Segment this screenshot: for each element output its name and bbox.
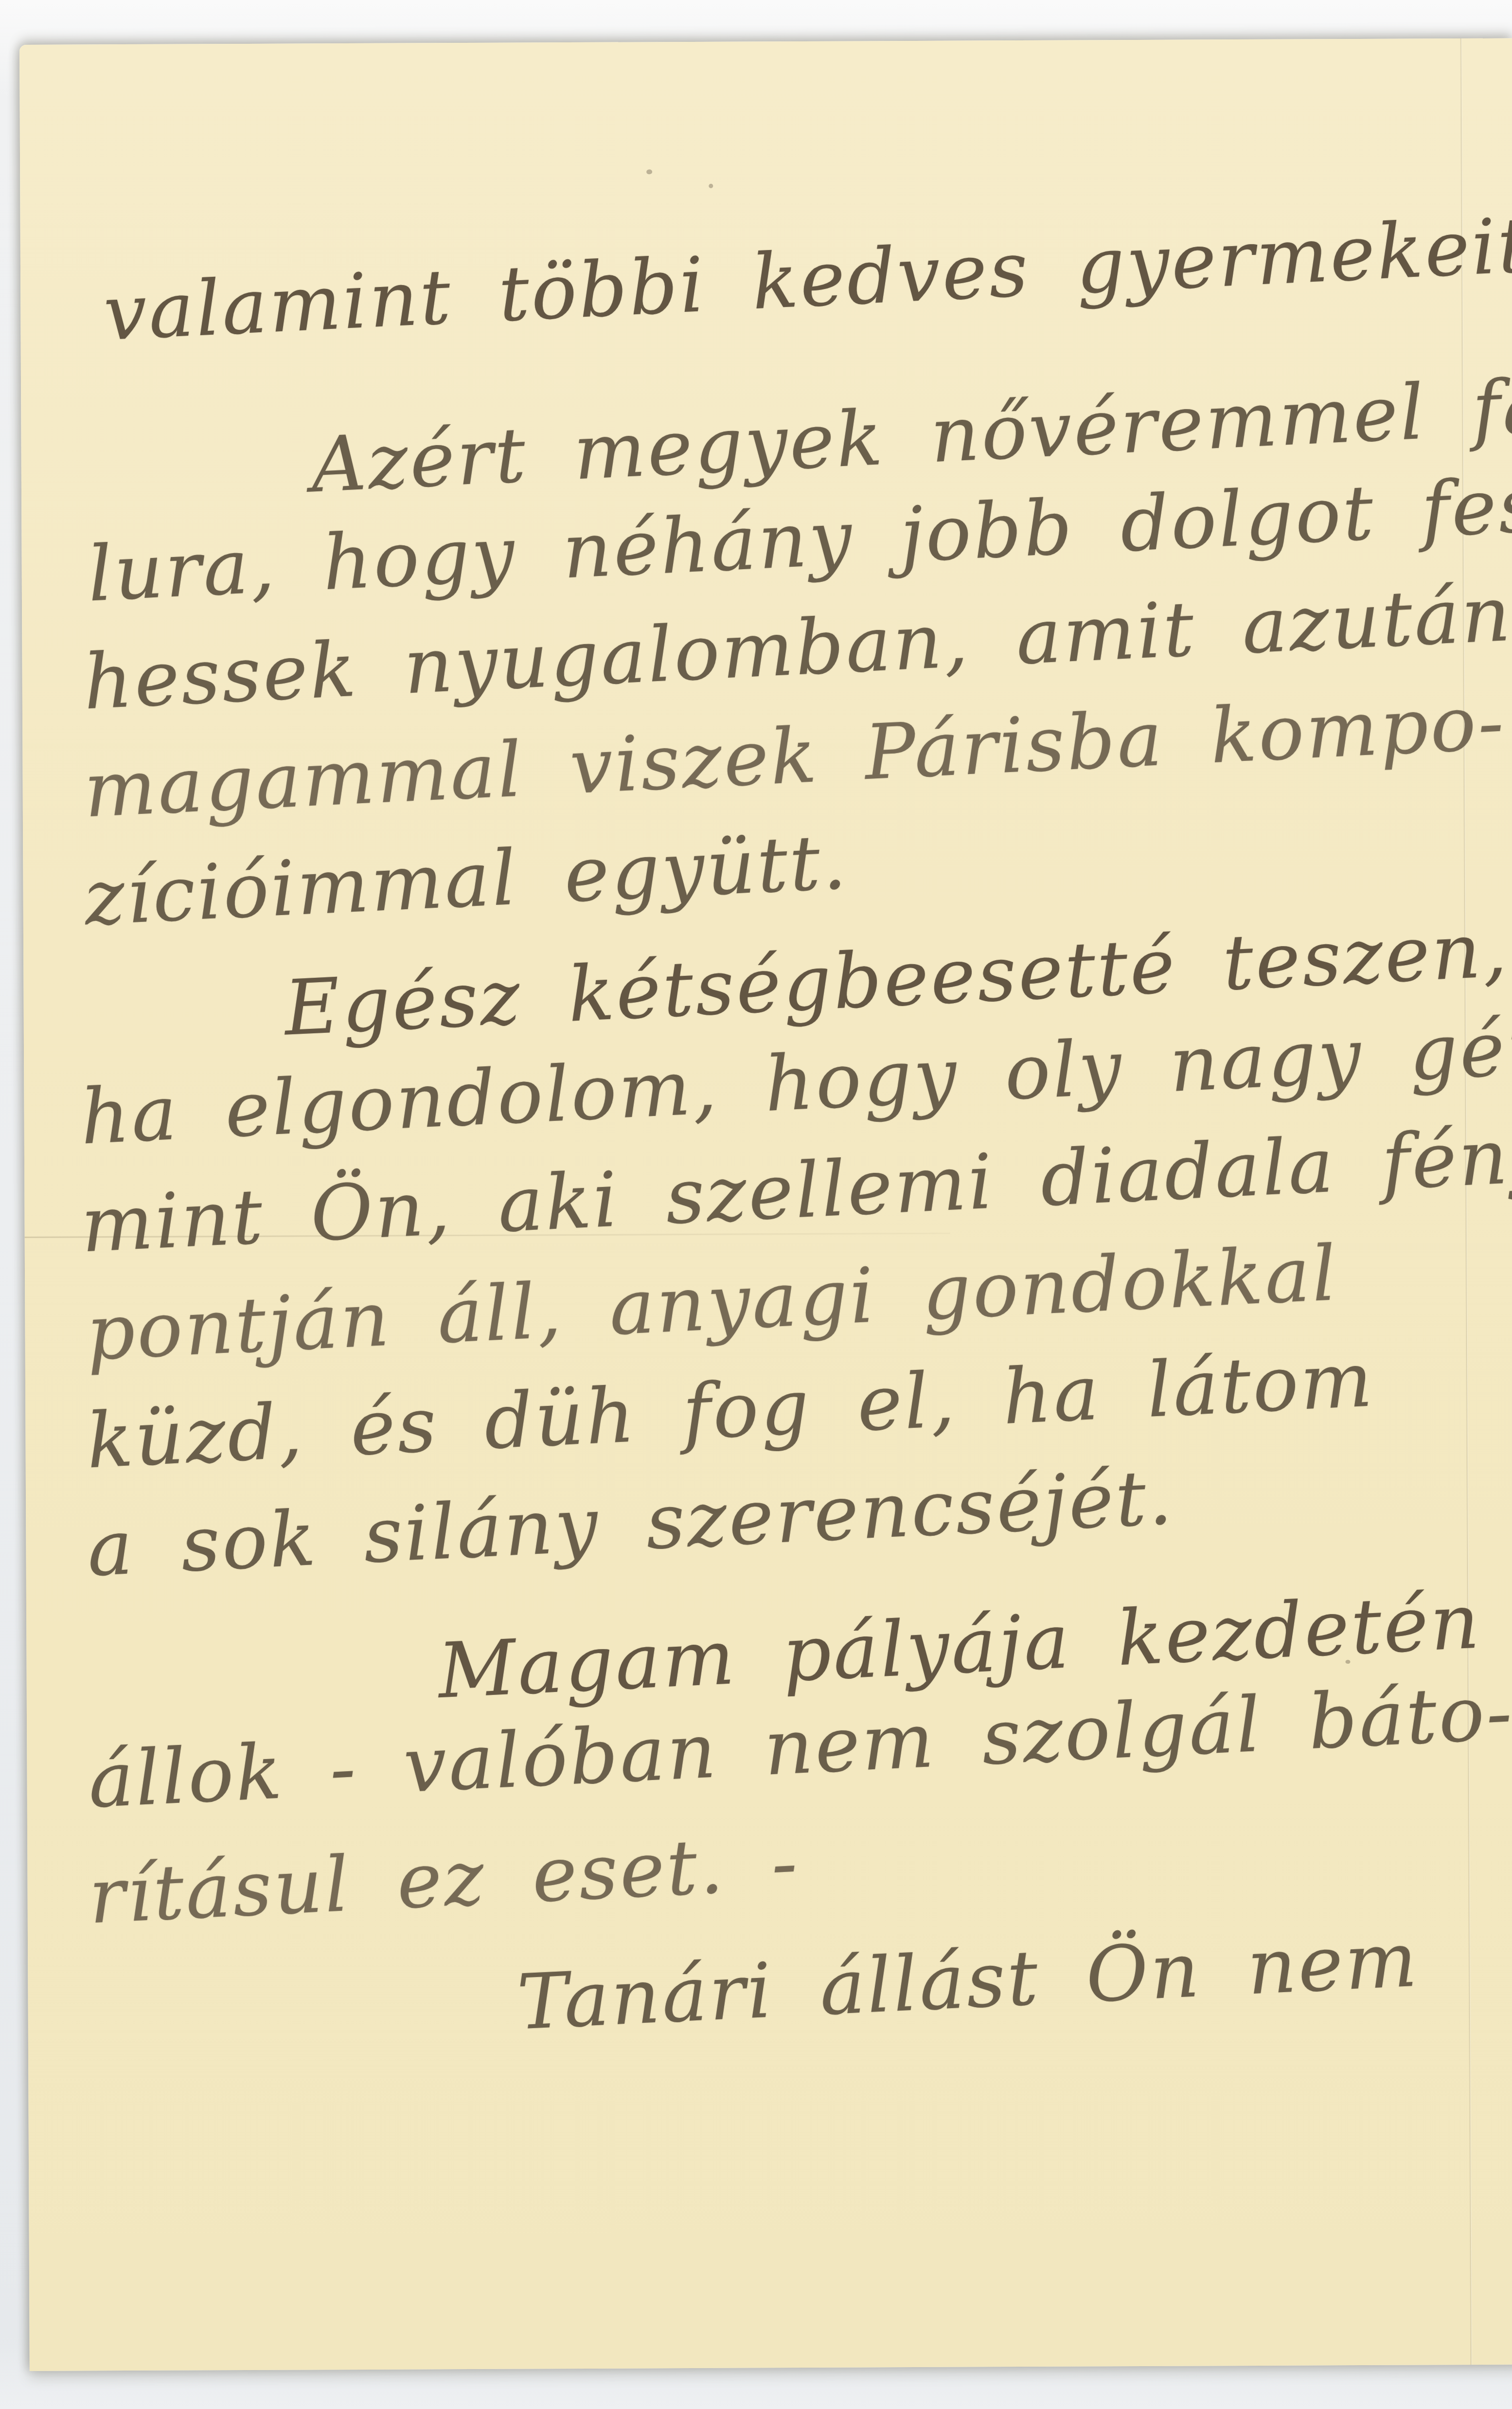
letter-paper: valamint többi kedves gyermekeit. Azért … [19,38,1512,2371]
handwritten-line: zícióimmal együtt. [83,820,850,940]
ink-speck [709,184,713,188]
handwritten-line: valamint többi kedves gyermekeit. [102,202,1512,356]
ink-speck [646,169,652,174]
handwritten-line: rításul ez eset. - [87,1821,801,1939]
handwritten-line: Tanári állást Ön nem [516,1918,1421,2045]
